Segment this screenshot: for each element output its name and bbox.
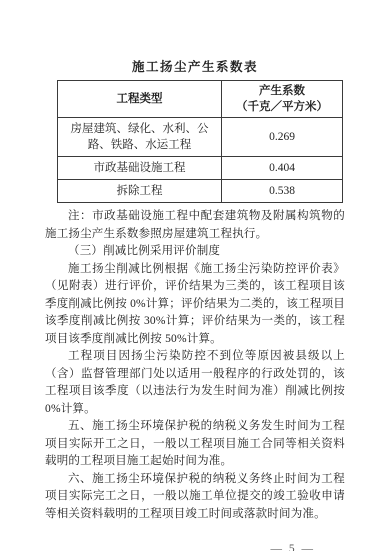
paragraph-penalty-rule: 工程项目因扬尘污染防控不到位等原因被县级以上（含）监督管理部门处以适用一般程序的… <box>45 348 345 418</box>
table-row: 房屋建筑、绿化、水利、公路、铁路、水运工程 0.269 <box>58 118 343 157</box>
cell-project-type: 房屋建筑、绿化、水利、公路、铁路、水运工程 <box>58 118 222 157</box>
column-header-project-type: 工程类型 <box>58 81 222 118</box>
cell-coefficient: 0.404 <box>222 157 343 180</box>
cell-project-type: 市政基础设施工程 <box>58 157 222 180</box>
document-page: 施工扬尘产生系数表 工程类型 产生系数 （千克／平方米） 房屋建筑、绿化、水利、… <box>0 0 390 551</box>
cell-coefficient: 0.538 <box>222 180 343 203</box>
cell-project-type: 拆除工程 <box>58 180 222 203</box>
dust-coefficient-table: 工程类型 产生系数 （千克／平方米） 房屋建筑、绿化、水利、公路、铁路、水运工程… <box>57 80 343 203</box>
table-title: 施工扬尘产生系数表 <box>45 57 345 75</box>
paragraph-item-six: 六、施工扬尘环境保护税的纳税义务终止时间为工程项目实际完工之日，一般以施工单位提… <box>45 471 345 524</box>
table-note: 注：市政基础设施工程中配套建筑物及附属构筑物的施工扬尘产生系数参照房屋建筑工程执… <box>45 208 345 243</box>
column-header-coefficient: 产生系数 （千克／平方米） <box>222 81 343 118</box>
table-header-row: 工程类型 产生系数 （千克／平方米） <box>58 81 343 118</box>
column-header-coefficient-line1: 产生系数 <box>226 83 338 99</box>
table-row: 拆除工程 0.538 <box>58 180 343 203</box>
paragraph-item-five: 五、施工扬尘环境保护税的纳税义务发生时间为工程项目实际开工之日，一般以工程项目施… <box>45 418 345 471</box>
paragraph-evaluation-rule: 施工扬尘削减比例根据《施工扬尘污染防控评价表》（见附表）进行评价，评价结果为三类… <box>45 261 345 349</box>
page-number: — 5 — <box>45 543 345 551</box>
table-row: 市政基础设施工程 0.404 <box>58 157 343 180</box>
column-header-coefficient-line2: （千克／平方米） <box>226 99 338 115</box>
section-heading-three: （三）削减比例采用评价制度 <box>45 243 345 261</box>
cell-coefficient: 0.269 <box>222 118 343 157</box>
